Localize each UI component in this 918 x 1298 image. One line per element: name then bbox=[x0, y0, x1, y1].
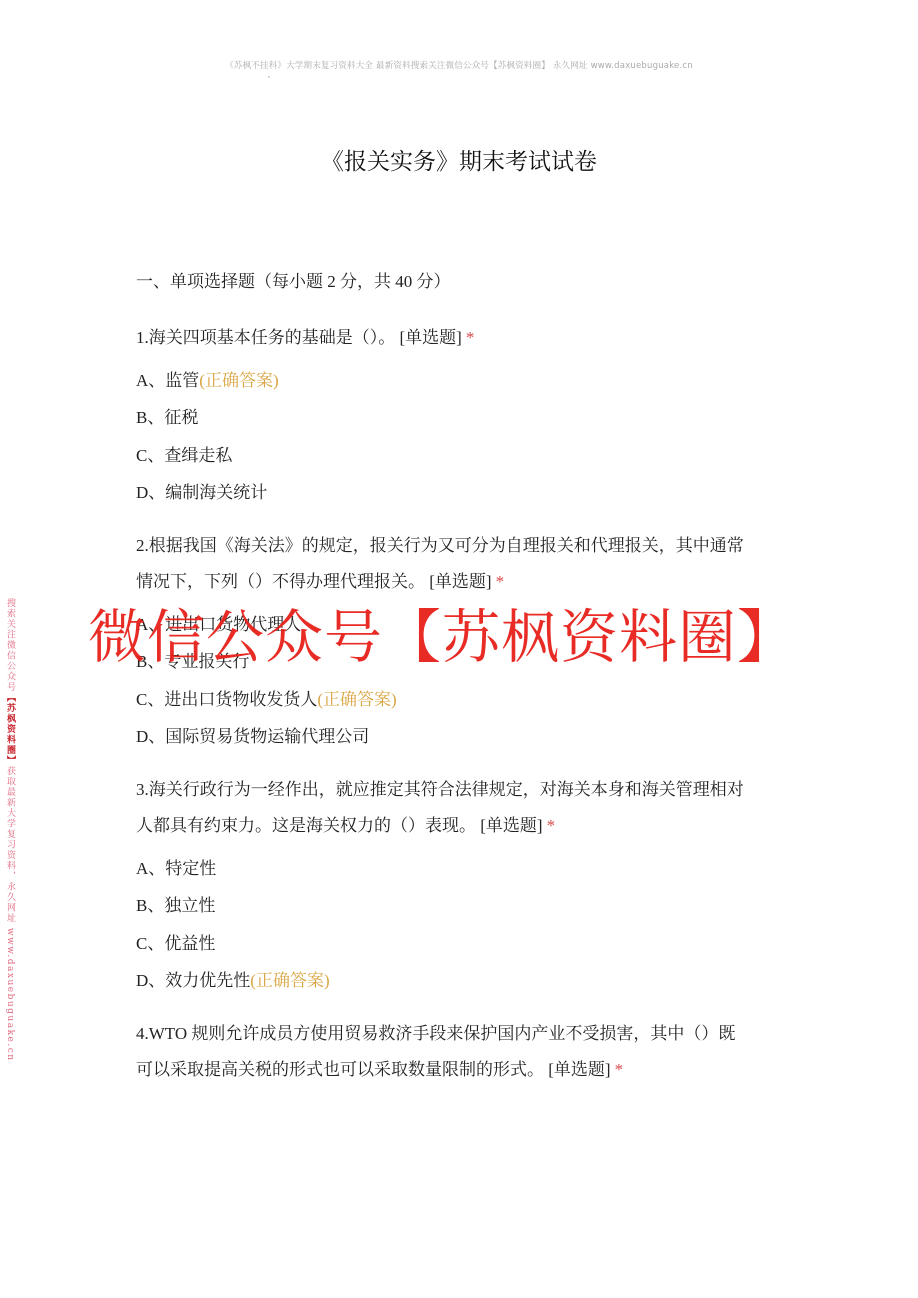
correct-answer-tag: (正确答案) bbox=[199, 371, 278, 390]
question-2-line-1: 2.根据我国《海关法》的规定，报关行为又可分为自理报关和代理报关，其中通常 bbox=[136, 536, 744, 556]
header-note: 《苏枫不挂科》大学期末复习资料大全 最新资料搜索关注微信公众号【苏枫资料圈】 永… bbox=[0, 59, 918, 71]
required-star: * bbox=[466, 328, 475, 347]
question-3-line-2: 人都具有约束力。这是海关权力的（）表现。 [单选题]* bbox=[136, 816, 555, 836]
question-3-line-1: 3.海关行政行为一经作出，就应推定其符合法律规定，对海关本身和海关管理相对 bbox=[136, 780, 744, 800]
question-4-line-1: 4.WTO 规则允许成员方使用贸易救济手段来保护国内产业不受损害，其中（）既 bbox=[136, 1024, 735, 1044]
section-heading: 一、单项选择题（每小题 2 分，共 40 分） bbox=[136, 272, 451, 292]
question-2-line-2: 情况下，下列（）不得办理代理报关。 [单选题]* bbox=[136, 572, 504, 592]
side-watermark-pre: 搜索关注微信公众号 bbox=[5, 598, 15, 693]
side-watermark-post: 获取最新大学复习资料，永久网址 www.daxuebuguake.cn bbox=[5, 766, 15, 1062]
page-title: 《报关实务》期末考试试卷 bbox=[0, 143, 918, 176]
question-4-line-2: 可以采取提高关税的形式也可以采取数量限制的形式。 [单选题]* bbox=[136, 1060, 623, 1080]
question-1-text: 1.海关四项基本任务的基础是（）。 [单选题]* bbox=[136, 328, 474, 348]
question-1-option-d: D、编制海关统计 bbox=[136, 483, 267, 503]
question-2-option-c: C、进出口货物收发货人(正确答案) bbox=[136, 690, 397, 710]
question-1-option-c: C、查缉走私 bbox=[136, 446, 232, 466]
side-watermark: 搜索关注微信公众号【苏枫资料圈】获取最新大学复习资料，永久网址 www.daxu… bbox=[3, 598, 17, 1062]
required-star: * bbox=[496, 572, 505, 591]
question-2-option-d: D、国际贸易货物运输代理公司 bbox=[136, 727, 369, 747]
required-star: * bbox=[615, 1060, 624, 1079]
question-3-option-a: A、特定性 bbox=[136, 859, 216, 879]
correct-answer-tag: (正确答案) bbox=[250, 971, 329, 990]
big-watermark: 微信公众号【苏枫资料圈】 bbox=[88, 602, 796, 672]
question-3-option-b: B、独立性 bbox=[136, 896, 215, 916]
side-watermark-brand: 【苏枫资料圈】 bbox=[5, 693, 15, 767]
question-1-option-a: A、监管(正确答案) bbox=[136, 371, 279, 391]
required-star: * bbox=[547, 816, 556, 835]
question-3-option-c: C、优益性 bbox=[136, 934, 215, 954]
question-1-option-b: B、征税 bbox=[136, 408, 198, 428]
header-mark: , bbox=[268, 70, 270, 79]
correct-answer-tag: (正确答案) bbox=[317, 690, 396, 709]
question-3-option-d: D、效力优先性(正确答案) bbox=[136, 971, 330, 991]
